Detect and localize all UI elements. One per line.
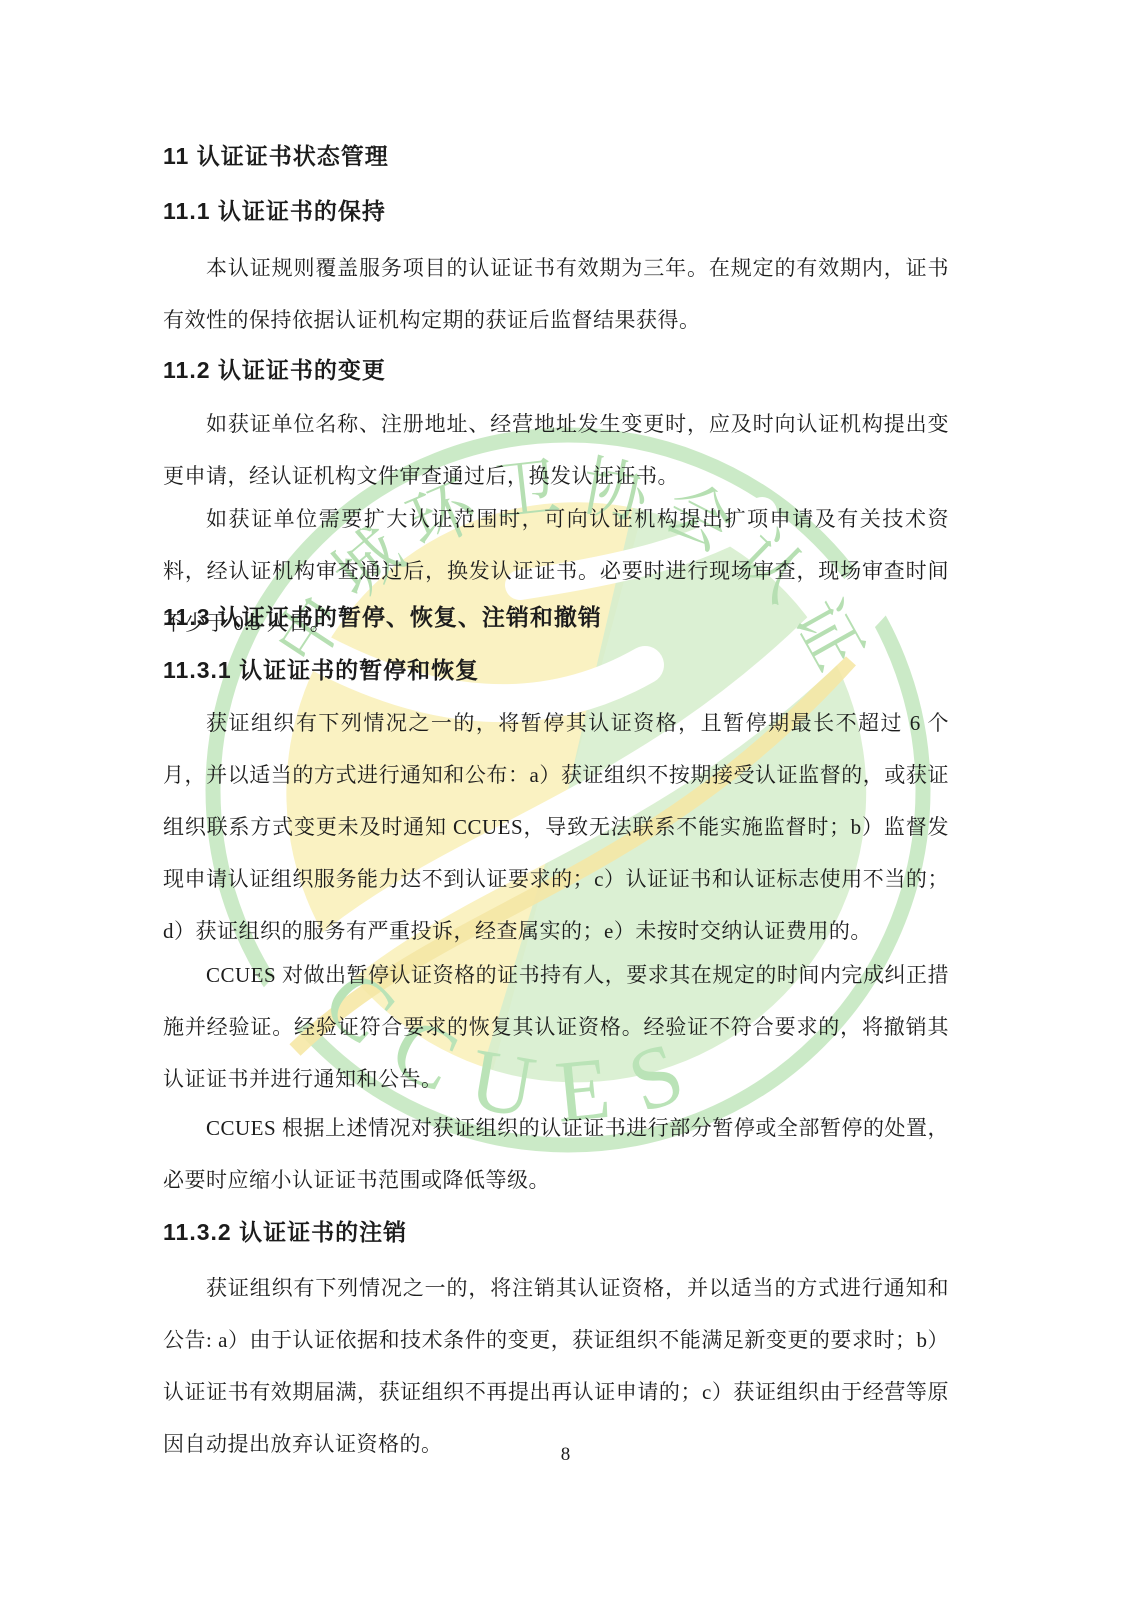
paragraph-suspension-recovery: CCUES 对做出暂停认证资格的证书持有人，要求其在规定的时间内完成纠正措施并经…	[163, 949, 949, 1105]
document-page: 中城环卫协会认证 CCUES 11 认证证书状态管理 11.1 认证证书的保持 …	[0, 0, 1131, 1600]
page-number: 8	[0, 1442, 1131, 1468]
section-heading-11-3-2: 11.3.2 认证证书的注销	[163, 1206, 949, 1258]
section-heading-11-2: 11.2 认证证书的变更	[163, 344, 949, 396]
paragraph-suspension-conditions: 获证组织有下列情况之一的，将暂停其认证资格，且暂停期最长不超过 6 个月，并以适…	[163, 697, 949, 957]
section-heading-11-3: 11.3 认证证书的暂停、恢复、注销和撤销	[163, 591, 949, 643]
section-heading-11-1: 11.1 认证证书的保持	[163, 185, 949, 237]
section-heading-11: 11 认证证书状态管理	[163, 130, 949, 182]
paragraph-partial-suspension: CCUES 根据上述情况对获证组织的认证证书进行部分暂停或全部暂停的处置，必要时…	[163, 1102, 949, 1206]
paragraph-cancellation-conditions: 获证组织有下列情况之一的，将注销其认证资格，并以适当的方式进行通知和公告: a）…	[163, 1262, 949, 1470]
section-heading-11-3-1: 11.3.1 认证证书的暂停和恢复	[163, 644, 949, 696]
paragraph-cert-change: 如获证单位名称、注册地址、经营地址发生变更时，应及时向认证机构提出变更申请，经认…	[163, 398, 949, 502]
paragraph-cert-validity: 本认证规则覆盖服务项目的认证证书有效期为三年。在规定的有效期内，证书有效性的保持…	[163, 242, 949, 346]
